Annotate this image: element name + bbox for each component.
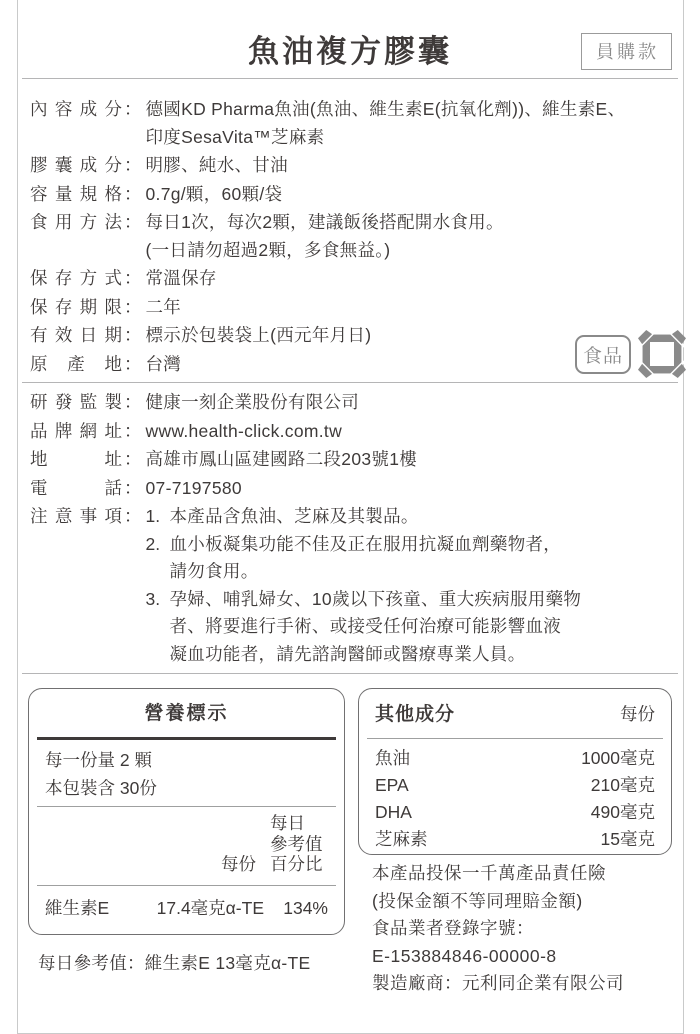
nutrition-table-row: 維生素E 17.4毫克α-TE 134% [45, 895, 328, 922]
spec-value: 德國KD Pharma魚油(魚油、維生素E(抗氧化劑))、維生素E、 印度Ses… [146, 96, 675, 151]
spec-colon: ： [124, 294, 142, 322]
col-header-per-serving: 每份 [620, 702, 655, 726]
company-row-website: 品牌網址 ： www.health-click.com.tw [30, 418, 674, 446]
ingredient-amount: 490毫克 [591, 799, 655, 826]
nutrition-title: 營養標示 [45, 702, 328, 726]
spec-label: 膠囊成分 [30, 152, 122, 180]
col-header-per-serving: 每份 [146, 854, 256, 875]
spec-colon: ： [124, 152, 142, 180]
spec-value: 明膠、純水、甘油 [146, 152, 675, 180]
notice-item-number: 1. [146, 503, 170, 531]
ingredient-row: EPA 210毫克 [375, 772, 655, 799]
notice-item-number: 3. [146, 586, 170, 669]
ingredient-row: DHA 490毫克 [375, 799, 655, 826]
spec-label: 原產地 [30, 351, 122, 379]
certification-stamps: 食品 [575, 330, 686, 378]
spec-row-ingredients: 內容成分 ： 德國KD Pharma魚油(魚油、維生素E(抗氧化劑))、維生素E… [30, 96, 674, 151]
spec-colon: ： [124, 181, 142, 209]
ingredient-row: 魚油 1000毫克 [375, 745, 655, 772]
spec-label: 品牌網址 [30, 418, 122, 446]
spec-colon: ： [124, 475, 142, 503]
notice-item: 1. 本產品含魚油、芝麻及其製品。 [146, 503, 675, 531]
spec-colon: ： [124, 446, 142, 474]
brand-website-url: www.health-click.com.tw [146, 418, 675, 446]
notice-item-number: 2. [146, 531, 170, 586]
spec-value: 常溫保存 [146, 265, 675, 293]
spec-row-shelf-life: 保存期限 ： 二年 [30, 294, 674, 322]
ingredient-name: 魚油 [375, 745, 581, 772]
member-purchase-badge: 員購款 [581, 33, 672, 70]
spec-row-capsule: 膠囊成分 ： 明膠、純水、甘油 [30, 152, 674, 180]
notice-item-text: 本產品含魚油、芝麻及其製品。 [170, 503, 675, 531]
notice-row: 注意事項 ： 1. 本產品含魚油、芝麻及其製品。 2. 血小板凝集功能不佳及正在… [30, 503, 674, 668]
nutrition-thin-rule [37, 806, 336, 807]
spec-colon: ： [124, 322, 142, 350]
food-stamp-badge: 食品 [575, 335, 631, 374]
ingredient-row: 芝麻素 15毫克 [375, 826, 655, 853]
company-row-developer: 研發監製 ： 健康一刻企業股份有限公司 [30, 389, 674, 417]
legal-info-block: 本產品投保一千萬產品責任險 (投保金額不等同理賠金額) 食品業者登錄字號： E-… [372, 860, 682, 998]
ingredient-name: EPA [375, 772, 591, 799]
manufacturer: 製造廠商：元利同企業有限公司 [372, 970, 682, 998]
spec-label: 有效日期 [30, 322, 122, 350]
spec-label: 電話 [30, 475, 122, 503]
spec-colon: ： [124, 96, 142, 124]
nutrient-amount: 17.4毫克α-TE [146, 895, 264, 922]
spec-value: 每日1次，每次2顆，建議飯後搭配開水食用。 (一日請勿超過2顆，多食無益。) [146, 209, 675, 264]
spec-label: 容量規格 [30, 181, 122, 209]
spec-value: 二年 [146, 294, 675, 322]
notice-list: 1. 本產品含魚油、芝麻及其製品。 2. 血小板凝集功能不佳及正在服用抗凝血劑藥… [146, 503, 675, 668]
ingredient-name: 芝麻素 [375, 826, 601, 853]
insurance-line: 本產品投保一千萬產品責任險 [372, 860, 682, 888]
company-row-address: 地址 ： 高雄市鳳山區建國路二段203號1樓 [30, 446, 674, 474]
spec-label: 保存期限 [30, 294, 122, 322]
other-ingredients-box: 其他成分 每份 魚油 1000毫克 EPA 210毫克 DHA 490毫克 芝麻… [358, 688, 672, 855]
nutrient-daily-pct: 134% [270, 895, 328, 922]
other-ingredients-rule [367, 738, 663, 739]
page-title: 魚油複方膠囊 [22, 0, 678, 71]
nutrition-facts-box: 營養標示 每一份量 2 顆 本包裝含 30份 每份 每日 參考值 百分比 維生素… [28, 688, 345, 935]
ingredient-name: DHA [375, 799, 591, 826]
spec-row-usage: 食用方法 ： 每日1次，每次2顆，建議飯後搭配開水食用。 (一日請勿超過2顆，多… [30, 209, 674, 264]
daily-reference-footnote: 每日參考值：維生素E 13毫克α-TE [38, 950, 311, 977]
nutrition-servings: 每一份量 2 顆 本包裝含 30份 [45, 747, 328, 802]
spec-row-capacity: 容量規格 ： 0.7g/顆，60顆/袋 [30, 181, 674, 209]
spec-label: 地址 [30, 446, 122, 474]
spec-colon: ： [124, 265, 142, 293]
spec-label: 食用方法 [30, 209, 122, 237]
insurance-disclaimer: (投保金額不等同理賠金額) [372, 888, 682, 916]
spec-colon: ： [124, 503, 142, 531]
spec-label: 研發監製 [30, 389, 122, 417]
company-row-phone: 電話 ： 07-7197580 [30, 475, 674, 503]
nutrient-name: 維生素E [45, 895, 146, 922]
registration-number: E-153884846-00000-8 [372, 943, 682, 971]
nutrition-thick-rule [37, 737, 336, 740]
ingredient-amount: 15毫克 [601, 826, 655, 853]
spec-value: 0.7g/顆，60顆/袋 [146, 181, 675, 209]
section-divider [22, 382, 678, 383]
col-header-daily-value-pct: 每日 參考值 百分比 [270, 813, 328, 875]
header: 魚油複方膠囊 員購款 [22, 0, 678, 79]
spec-colon: ： [124, 418, 142, 446]
other-ingredients-rows: 魚油 1000毫克 EPA 210毫克 DHA 490毫克 芝麻素 15毫克 [375, 745, 655, 853]
spec-colon: ： [124, 209, 142, 237]
ingredient-amount: 210毫克 [591, 772, 655, 799]
spec-row-storage: 保存方式 ： 常溫保存 [30, 265, 674, 293]
ingredient-amount: 1000毫克 [581, 745, 655, 772]
company-section: 研發監製 ： 健康一刻企業股份有限公司 品牌網址 ： www.health-cl… [30, 389, 674, 669]
spec-label: 內容成分 [30, 96, 122, 124]
spec-colon: ： [124, 389, 142, 417]
recycling-icon [638, 330, 686, 378]
section-divider [22, 673, 678, 674]
notice-item: 2. 血小板凝集功能不佳及正在服用抗凝血劑藥物者， 請勿食用。 [146, 531, 675, 586]
spec-colon: ： [124, 351, 142, 379]
spec-value: 健康一刻企業股份有限公司 [146, 389, 675, 417]
spec-value: 高雄市鳳山區建國路二段203號1樓 [146, 446, 675, 474]
notice-item-text: 孕婦、哺乳婦女、10歲以下孩童、重大疾病服用藥物 者、將要進行手術、或接受任何治… [170, 586, 675, 669]
spec-label: 注意事項 [30, 503, 122, 531]
notice-item: 3. 孕婦、哺乳婦女、10歲以下孩童、重大疾病服用藥物 者、將要進行手術、或接受… [146, 586, 675, 669]
phone-number: 07-7197580 [146, 475, 675, 503]
registration-label: 食品業者登錄字號： [372, 915, 682, 943]
other-ingredients-title: 其他成分 [375, 703, 620, 727]
other-ingredients-header: 其他成分 每份 [375, 702, 655, 727]
nutrition-thin-rule [37, 885, 336, 886]
nutrition-column-headers: 每份 每日 參考值 百分比 [45, 813, 328, 875]
notice-item-text: 血小板凝集功能不佳及正在服用抗凝血劑藥物者， 請勿食用。 [170, 531, 675, 586]
spec-label: 保存方式 [30, 265, 122, 293]
